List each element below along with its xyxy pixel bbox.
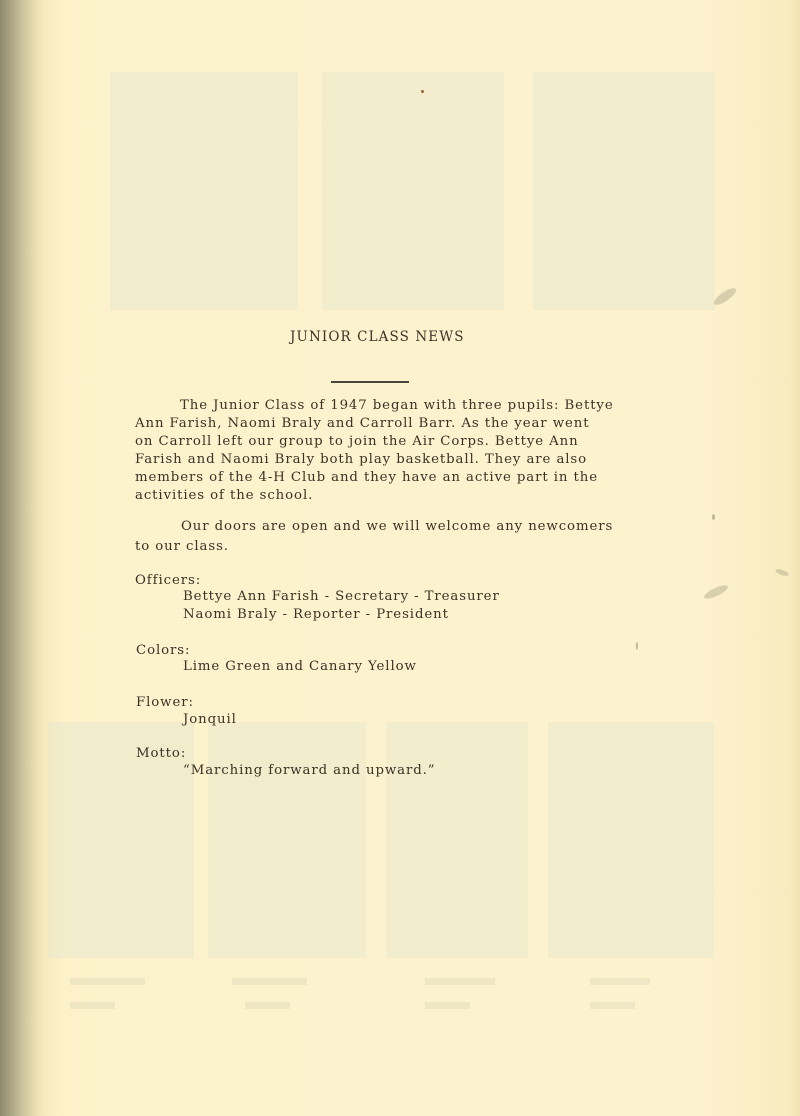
section-label: Flower: <box>136 695 194 710</box>
paragraph-line: The Junior Class of 1947 began with thre… <box>180 398 614 413</box>
section-value: Bettye Ann Farish - Secretary - Treasure… <box>183 589 500 604</box>
paragraph-line: Our doors are open and we will welcome a… <box>181 519 613 534</box>
section-value: “Marching forward and upward.” <box>183 763 435 778</box>
paragraph-line: on Carroll left our group to join the Ai… <box>135 434 579 449</box>
section-value: Naomi Braly - Reporter - President <box>183 607 449 622</box>
paragraph-line: members of the 4-H Club and they have an… <box>135 470 598 485</box>
paragraph-line: to our class. <box>135 539 229 554</box>
document-page: JUNIOR CLASS NEWS The Junior Class of 19… <box>0 0 800 1116</box>
paragraph-line: Farish and Naomi Braly both play basketb… <box>135 452 587 467</box>
page-title: JUNIOR CLASS NEWS <box>290 329 465 345</box>
section-label: Officers: <box>135 573 201 588</box>
paragraph-line: Ann Farish, Naomi Braly and Carroll Barr… <box>135 416 589 431</box>
title-divider <box>331 381 409 383</box>
paragraph-line: activities of the school. <box>135 488 313 503</box>
section-value: Jonquil <box>183 712 237 727</box>
section-value: Lime Green and Canary Yellow <box>183 659 417 674</box>
section-label: Colors: <box>136 643 190 658</box>
section-label: Motto: <box>136 746 186 761</box>
